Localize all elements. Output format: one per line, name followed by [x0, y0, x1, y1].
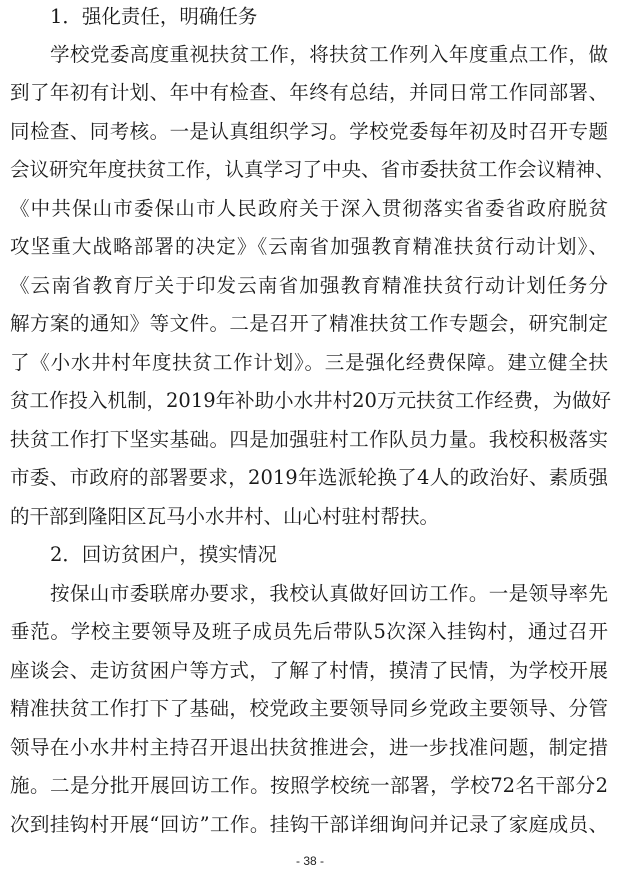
paragraph-line: 市委、市政府的部署要求，2019年选派轮换了4人的政治好、素质强 [10, 463, 608, 493]
paragraph-line: 攻坚重大战略部署的决定》《云南省加强教育精准扶贫行动计划》、 [10, 232, 608, 262]
paragraph-line: 精准扶贫工作打下了基础，校党政主要领导同乡党政主要领导、分管 [10, 694, 608, 724]
paragraph-line: 施。二是分批开展回访工作。按照学校统一部署，学校72名干部分2 [10, 771, 608, 801]
paragraph-line: 座谈会、走访贫困户等方式，了解了村情，摸清了民情，为学校开展 [10, 656, 608, 686]
section-heading: 2．回访贫困户，摸实情况 [50, 540, 608, 570]
paragraph-line: 同检查、同考核。一是认真组织学习。学校党委每年初及时召开专题 [10, 117, 608, 147]
paragraph-line: 垂范。学校主要领导及班子成员先后带队5次深入挂钩村，通过召开 [10, 617, 608, 647]
paragraph-line: 按保山市委联席办要求，我校认真做好回访工作。一是领导率先 [50, 579, 608, 609]
section-heading: 1．强化责任，明确任务 [50, 2, 608, 32]
paragraph-line: 贫工作投入机制，2019年补助小水井村20万元扶贫工作经费，为做好 [10, 386, 608, 416]
paragraph-line: 扶贫工作打下坚实基础。四是加强驻村工作队员力量。我校积极落实 [10, 425, 608, 455]
paragraph-line: 《云南省教育厅关于印发云南省加强教育精准扶贫行动计划任务分 [10, 271, 608, 301]
paragraph-line: 解方案的通知》等文件。二是召开了精准扶贫工作专题会，研究制定 [10, 309, 608, 339]
paragraph-line: 《中共保山市委保山市人民政府关于深入贯彻落实省委省政府脱贫 [10, 194, 608, 224]
paragraph-line: 到了年初有计划、年中有检查、年终有总结，并同日常工作同部署、 [10, 78, 608, 108]
paragraph-line: 会议研究年度扶贫工作，认真学习了中央、省市委扶贫工作会议精神、 [10, 155, 608, 185]
paragraph-line: 领导在小水井村主持召开退出扶贫推进会，进一步找准问题，制定措 [10, 733, 608, 763]
paragraph-line: 次到挂钩村开展“回访”工作。挂钩干部详细询问并记录了家庭成员、 [10, 810, 608, 840]
paragraph-line: 学校党委高度重视扶贫工作，将扶贫工作列入年度重点工作，做 [50, 40, 608, 70]
paragraph-line: 了《小水井村年度扶贫工作计划》。三是强化经费保障。建立健全扶 [10, 348, 608, 378]
paragraph-line: 的干部到隆阳区瓦马小水井村、山心村驻村帮扶。 [10, 502, 608, 532]
page-number: - 38 - [0, 854, 620, 868]
